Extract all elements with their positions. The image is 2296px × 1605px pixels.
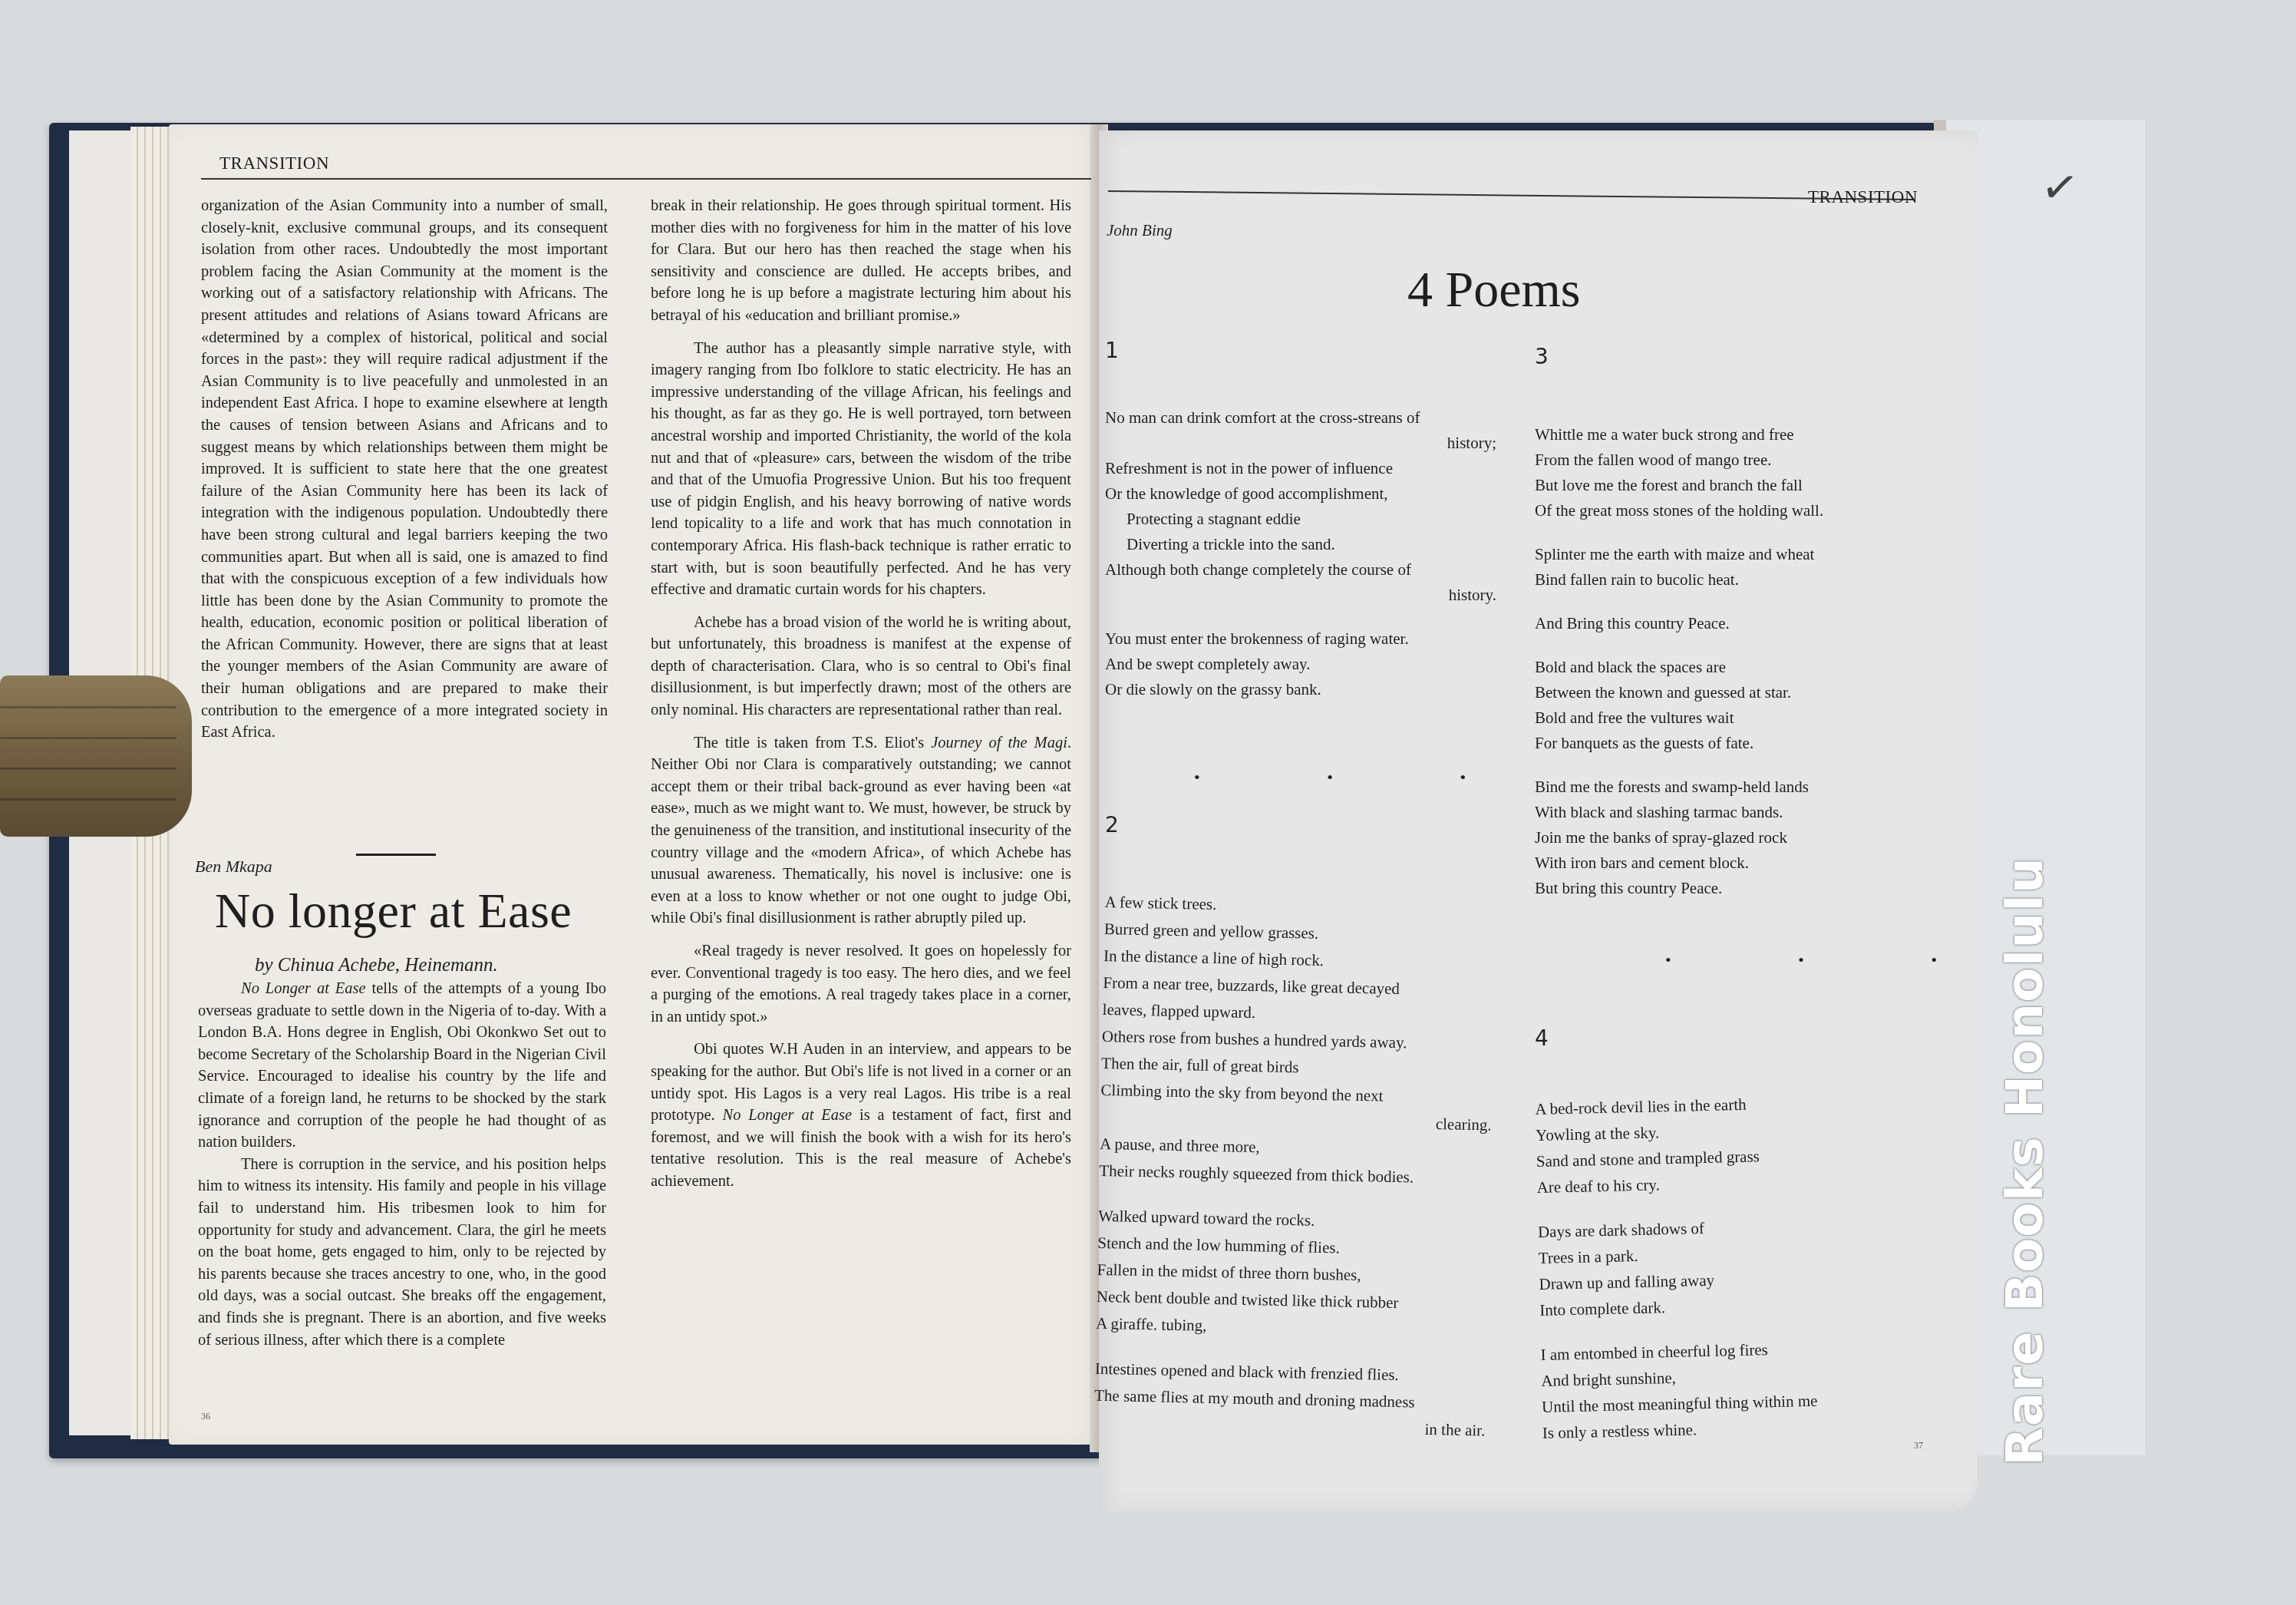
essay-paragraph: organization of the Asian Community into… xyxy=(201,195,608,744)
left-column-2: break in their relationship. He goes thr… xyxy=(651,195,1071,1193)
section-divider xyxy=(356,854,436,856)
poem-line: Whittle me a water buck strong and free xyxy=(1535,422,1895,447)
poem-line: Diverting a trickle into the sand. xyxy=(1105,532,1496,557)
poem-1: No man can drink comfort at the cross-st… xyxy=(1105,405,1496,702)
review-paragraph-7: Obi quotes W.H Auden in an interview, an… xyxy=(651,1039,1071,1192)
header-rule-left xyxy=(201,178,1091,180)
review-paragraph-1: No Longer at Ease tells of the attempts … xyxy=(198,978,606,1154)
review-paragraph-6: «Real tragedy is never resolved. It goes… xyxy=(651,940,1071,1028)
poem-line: Bold and black the spaces are xyxy=(1535,655,1895,680)
poem-number-2: 2 xyxy=(1105,812,1119,837)
poem-line: Splinter me the earth with maize and whe… xyxy=(1535,542,1895,567)
page-number-left: 36 xyxy=(201,1411,210,1422)
poem-line: And be swept completely away. xyxy=(1105,652,1496,677)
poem-line: From the fallen wood of mango tree. xyxy=(1535,447,1895,473)
poem-3: Whittle me a water buck strong and freeF… xyxy=(1535,422,1895,901)
poem-line: Bind fallen rain to bucolic heat. xyxy=(1535,567,1895,593)
poem-line: With iron bars and cement block. xyxy=(1535,850,1895,876)
stanza-break xyxy=(1535,756,1895,774)
poem-line: Of the great moss stones of the holding … xyxy=(1535,498,1895,523)
stanza-break xyxy=(1105,608,1496,626)
left-column-1: organization of the Asian Community into… xyxy=(201,195,608,744)
poem-line: With black and slashing tarmac bands. xyxy=(1535,800,1895,825)
page-holding-hand xyxy=(0,675,192,837)
poems-author: John Bing xyxy=(1107,221,1173,240)
poem-line: Bind me the forests and swamp-held lands xyxy=(1535,774,1895,800)
stanza-break xyxy=(1535,523,1895,542)
poem-line: Or die slowly on the grassy bank. xyxy=(1105,677,1496,702)
poem-number-1: 1 xyxy=(1105,338,1119,363)
poem-line: history. xyxy=(1105,583,1496,608)
poem-line: history; xyxy=(1105,431,1496,456)
review-paragraph-5: The title is taken from T.S. Eliot's Jou… xyxy=(651,732,1071,930)
review-title: No longer at Ease xyxy=(215,883,572,940)
review-paragraph-2: There is corruption in the service, and … xyxy=(198,1154,606,1351)
review-paragraph-2-cont: break in their relationship. He goes thr… xyxy=(651,195,1071,327)
pencil-checkmark-icon: ✓ xyxy=(2038,159,2083,216)
poem-line: Join me the banks of spray-glazed rock xyxy=(1535,825,1895,850)
book-title-italic: No Longer at Ease xyxy=(241,980,366,997)
poem-line: But bring this country Peace. xyxy=(1535,876,1895,901)
book-title-italic: No Longer at Ease xyxy=(723,1107,853,1124)
poem-line: You must enter the brokenness of raging … xyxy=(1105,626,1496,652)
watermark-text: Rare Books Honolulu xyxy=(1995,857,2054,1466)
review-paragraph-4: Achebe has a broad vision of the world h… xyxy=(651,612,1071,722)
poem-line: Protecting a stagnant eddie xyxy=(1105,507,1496,532)
poem-line: Bold and free the vultures wait xyxy=(1535,705,1895,731)
stanza-break xyxy=(1535,636,1895,655)
poem-line: No man can drink comfort at the cross-st… xyxy=(1105,405,1496,431)
poem-title-italic: Journey of the Magi xyxy=(931,735,1067,751)
running-head-right: TRANSITION xyxy=(1808,187,1918,207)
poem-line: Or the knowledge of good accomplishment, xyxy=(1105,481,1496,507)
poem-line: And Bring this country Peace. xyxy=(1535,611,1895,636)
poem-2: A few stick trees.Burred green and yello… xyxy=(1094,889,1496,1445)
poem-line: Refreshment is not in the power of influ… xyxy=(1105,456,1496,481)
poem-separator: • • • xyxy=(1194,768,1527,788)
poem-number-4: 4 xyxy=(1535,1025,1549,1051)
poem-line: For banquets as the guests of fate. xyxy=(1535,731,1895,756)
poem-separator: • • • xyxy=(1665,950,1998,970)
review-column-1: No Longer at Ease tells of the attempts … xyxy=(198,978,606,1351)
review-subtitle: by Chinua Achebe, Heinemann. xyxy=(255,955,498,976)
stanza-break xyxy=(1535,593,1895,611)
poem-line: Although both change completely the cour… xyxy=(1105,557,1496,583)
page-number-right: 37 xyxy=(1914,1440,1923,1451)
poem-number-3: 3 xyxy=(1535,344,1549,369)
review-paragraph-3: The author has a pleasantly simple narra… xyxy=(651,338,1071,601)
poem-4: A bed-rock devil lies in the earthYowlin… xyxy=(1535,1088,1903,1446)
poem-line: But love me the forest and branch the fa… xyxy=(1535,473,1895,498)
poem-line: Between the known and guessed at star. xyxy=(1535,680,1895,705)
running-head-left: TRANSITION xyxy=(219,154,329,173)
poems-title: 4 Poems xyxy=(1407,261,1581,319)
review-author: Ben Mkapa xyxy=(195,857,272,877)
